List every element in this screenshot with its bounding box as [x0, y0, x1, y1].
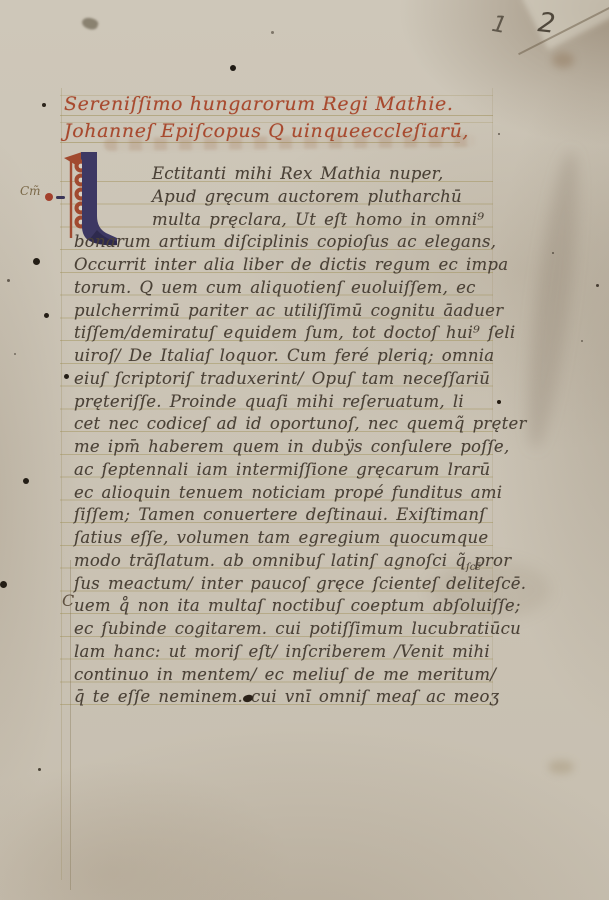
ink-spot	[498, 133, 500, 135]
text-line: q̄ te eſſe neminem. cui vnī omniſ meaſ a…	[74, 686, 504, 709]
ink-smudge	[81, 16, 100, 32]
text-line: Ectitanti mihi Rex Mathia nuper,	[74, 163, 504, 186]
text-line: lam hanc: ut moriſ eſt/ inſcriberem /Ven…	[74, 641, 504, 664]
ink-spot	[38, 768, 41, 771]
margin-gloss-mark: Cm̃	[20, 184, 41, 198]
folio-number-right: 2	[536, 7, 556, 40]
parchment-vein	[518, 149, 588, 451]
text-line: ſus meactum/ inter paucoſ gręce ſcienteſ…	[74, 573, 504, 596]
ink-spot	[42, 103, 46, 107]
text-line: ec ſubinde cogitarem. cui potiſſimum luc…	[74, 618, 504, 641]
text-line: continuo in mentem/ ec meliuſ de me meri…	[74, 664, 504, 687]
ink-spot	[497, 400, 501, 404]
ink-spot	[581, 340, 583, 342]
text-block: Ectitanti mihi Rex Mathia nuper,Apud grę…	[74, 163, 504, 709]
text-line: uiroſ/ De Italiaſ loquor. Cum feré pleri…	[74, 345, 504, 368]
text-line: ſiſſem; Tamen conuertere deſtinaui. Exiſ…	[74, 504, 504, 527]
text-line: tiſſem/demiratuſ equidem ſum, tot doctoſ…	[74, 322, 504, 345]
text-line: Occurrit inter alia liber de dictis regu…	[74, 254, 504, 277]
corner-fold-highlight	[521, 0, 609, 50]
text-line: modo trāſlatum. ab omnibuſ latinſ agnoſc…	[74, 550, 504, 573]
text-line: ec alioquin tenuem noticiam propé fundit…	[74, 482, 504, 505]
ink-spot	[230, 65, 236, 71]
text-line: ac ſeptennali iam intermiſſione gręcarum…	[74, 459, 504, 482]
text-line: cet nec codiceſ ad id oportunoſ, nec que…	[74, 413, 504, 436]
margin-dash	[56, 196, 65, 199]
ink-spot	[14, 353, 16, 355]
ruling-line	[60, 115, 493, 116]
text-line: torum. Q uem cum aliquotienſ euoluiſſem,…	[74, 277, 504, 300]
text-line: pulcherrimū pariter ac utiliſſimū cognit…	[74, 300, 504, 323]
manuscript-page: 1 2 Sereniſſimo hungarorum Regi Mathie. …	[0, 0, 609, 900]
ink-spot	[33, 258, 40, 265]
text-line: me ipm̄ haberem quem in dubÿs conſulere …	[74, 436, 504, 459]
show-through-text	[104, 134, 476, 151]
ink-spot	[552, 252, 554, 254]
parchment-stain	[552, 52, 574, 68]
folio-number-left: 1	[490, 11, 509, 39]
ink-spot	[0, 581, 7, 588]
text-line: pręteriſſe. Proinde quaſi mihi reſeruatu…	[74, 391, 504, 414]
text-line: bonarum artium diſciplinis copioſus ac e…	[74, 231, 504, 254]
parchment-stain	[548, 760, 574, 774]
ink-spot	[23, 478, 29, 484]
margin-paragraph-letter: C	[62, 591, 74, 610]
text-line: uem q̊ non ita multaſ noctibuſ coeptum a…	[74, 595, 504, 618]
ink-spot	[44, 313, 49, 318]
ink-spot	[64, 374, 69, 379]
ink-spot	[271, 31, 274, 34]
margin-red-dot	[45, 193, 53, 201]
rubric-line-1: Sereniſſimo hungarorum Regi Mathie.	[64, 93, 453, 115]
text-line: ſatius eſſe, volumen tam egregium quocum…	[74, 527, 504, 550]
text-line: eiuſ ſcriptoriſ traduxerint/ Opuſ tam ne…	[74, 368, 504, 391]
text-line: Apud gręcum auctorem plutharchū	[74, 186, 504, 209]
text-line: multa pręclara, Ut eſt homo in omni⁹	[74, 209, 504, 232]
ink-spot	[596, 284, 599, 287]
ink-spot	[7, 279, 10, 282]
